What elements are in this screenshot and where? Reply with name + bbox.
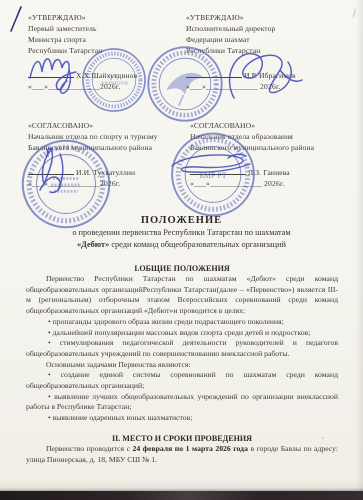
approval-quote: «УТВЕРЖДАЮ» [186,12,354,23]
task-item: выявление одаренных юных шахматистов; [26,413,338,424]
goal-item: пропаганды здорового образа жизни среди … [26,317,338,328]
winged-emblem [166,73,204,95]
handwritten-signature-shaikhutdinov [26,48,118,96]
approval-quote: «УТВЕРЖДАЮ» [28,12,180,23]
handwritten-signature-ganieva [166,150,258,178]
tasks-intro: Основными задачами Первенства являются: [26,360,338,371]
pen-slash-mark [8,5,26,33]
stray-dot-mark: · [321,433,324,444]
title-line3: «Дебют» среди команд общеобразовательных… [0,239,363,251]
section2-paragraph: Первенство проводится с 24 февраля по 1 … [26,444,338,465]
task-item: выявление лучших общеобразовательных учр… [26,392,338,413]
corner-tick-mark [347,7,356,17]
title-line3-bold: «Дебют» [77,240,109,249]
handwritten-signature-ibragimov [220,40,308,104]
event-dates: 24 февраля по 1 марта 2026 года [133,444,248,453]
goal-item: стимулирования педагогической деятельнос… [26,338,338,359]
title-line3-rest: среди команд общеобразовательных организ… [109,240,286,249]
approval-role-line: Министра спорта [28,34,180,45]
round-stamp-chess-federation [145,45,225,123]
document-body: I.ОБЩИЕ ПОЛОЖЕНИЯ Первенство Республики … [26,263,338,465]
document-page: «УТВЕРЖДАЮ» Первый заместитель Министра … [0,0,363,500]
photo-background-strip [0,491,363,500]
p-prefix: Первенство проводится с [46,444,133,453]
handwritten-signature-tukhvatullin [30,144,86,198]
section1-paragraph: Первенство Республики Татарстан по шахма… [26,274,338,317]
approval-role-line: Исполнительный директор [186,23,354,34]
task-item: создание единой системы соревнований по … [26,370,338,391]
page-right-edge-shadow [356,0,363,500]
section2-heading: II. МЕСТО И СРОКИ ПРОВЕДЕНИЯ · [26,433,338,444]
goal-item: дальнейшей популяризации массовых видов … [26,328,338,339]
approval-role-line: Первый заместитель [28,23,180,34]
section1-heading: I.ОБЩИЕ ПОЛОЖЕНИЯ [26,263,338,274]
